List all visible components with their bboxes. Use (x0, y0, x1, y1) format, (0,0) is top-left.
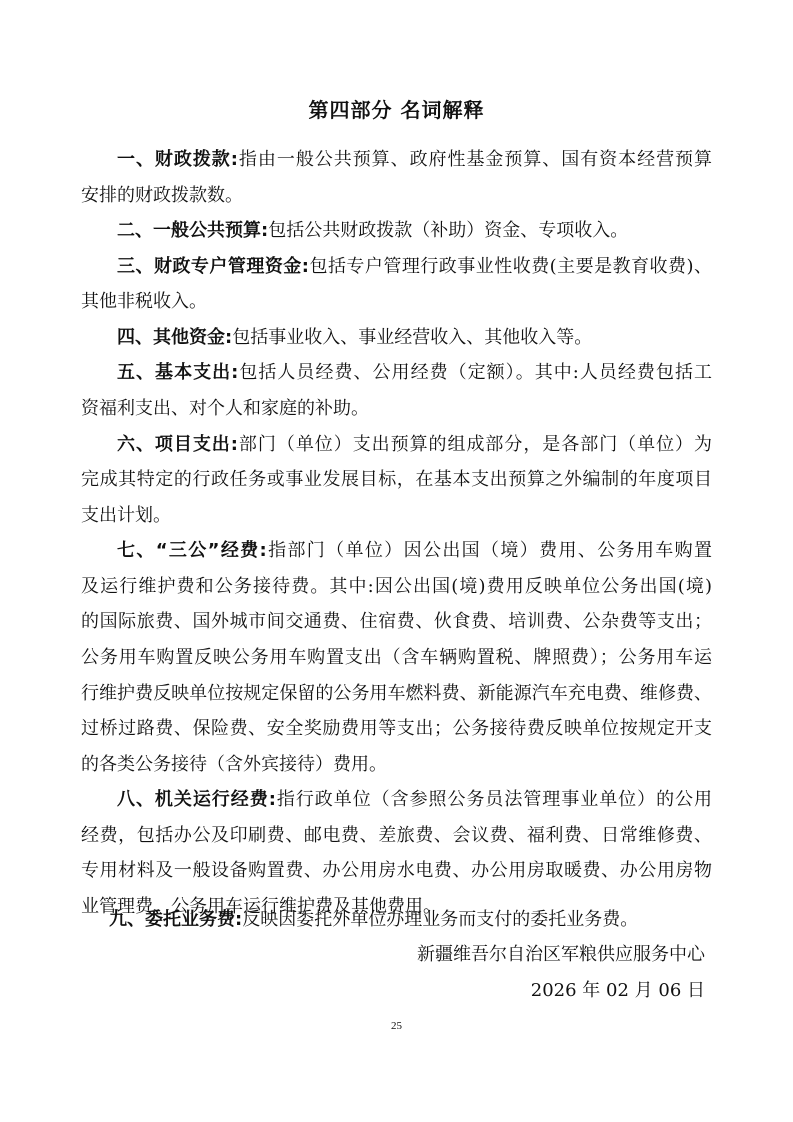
section-7-line-7: 的各类公务接待（含外宾接待）费用。 (81, 747, 712, 783)
term-3: 三、财政专户管理资金: (117, 256, 309, 277)
term-7: 七、“三公”经费: (117, 540, 267, 561)
term-8: 八、机关运行经费: (117, 789, 276, 810)
section-7-line-6: 过桥过路费、保险费、安全奖励费用等支出；公务接待费反映单位按规定开支 (81, 711, 712, 747)
signature-date: 2026 年 02 月 06 日 (531, 973, 705, 1009)
section-5-line-2: 资福利支出、对个人和家庭的补助。 (81, 391, 712, 427)
term-5: 五、基本支出: (117, 362, 238, 383)
section-1-line-1: 一、财政拨款:指由一般公共预算、政府性基金预算、国有资本经营预算 (117, 142, 712, 178)
section-7-line-5: 行维护费反映单位按规定保留的公务用车燃料费、新能源汽车充电费、维修费、 (81, 676, 712, 712)
page-title: 第四部分 名词解释 (0, 94, 793, 123)
document-page: 第四部分 名词解释 一、财政拨款:指由一般公共预算、政府性基金预算、国有资本经营… (0, 0, 793, 1122)
signature-organization: 新疆维吾尔自治区军粮供应服务中心 (417, 937, 705, 973)
section-7-line-2: 及运行维护费和公务接待费。其中:因公出国(境)费用反映单位公务出国(境) (81, 569, 712, 605)
section-6-line-3: 支出计划。 (81, 498, 712, 534)
section-3-line-2: 其他非税收入。 (81, 284, 712, 320)
section-7-line-1: 七、“三公”经费:指部门（单位）因公出国（境）费用、公务用车购置 (117, 533, 712, 569)
section-5-line-1: 五、基本支出:包括人员经费、公用经费（定额）。其中:人员经费包括工 (117, 355, 712, 391)
section-8-line-3: 专用材料及一般设备购置费、办公用房水电费、办公用房取暖费、办公用房物 (81, 853, 712, 889)
section-2-line-1: 二、一般公共预算:包括公共财政拨款（补助）资金、专项收入。 (117, 213, 712, 249)
term-2: 二、一般公共预算: (117, 220, 268, 241)
section-4-line-1: 四、其他资金:包括事业收入、事业经营收入、其他收入等。 (117, 320, 712, 356)
section-8-line-2: 经费，包括办公及印刷费、邮电费、差旅费、会议费、福利费、日常维修费、 (81, 818, 712, 854)
section-1-line-2: 安排的财政拨款数。 (81, 178, 712, 214)
section-6-line-2: 完成其特定的行政任务或事业发展目标，在基本支出预算之外编制的年度项目 (81, 462, 712, 498)
term-1: 一、财政拨款: (117, 149, 238, 170)
section-6-line-1: 六、项目支出:部门（单位）支出预算的组成部分，是各部门（单位）为 (117, 427, 712, 463)
section-9-line-1: 九、委托业务费:反映因委托外单位办理业务而支付的委托业务费。 (109, 902, 712, 938)
term-9: 九、委托业务费: (109, 909, 242, 930)
page-number: 25 (0, 1020, 793, 1032)
section-7-line-4: 公务用车购置反映公务用车购置支出（含车辆购置税、牌照费）；公务用车运 (81, 640, 712, 676)
term-6: 六、项目支出: (117, 434, 238, 455)
section-8-line-1: 八、机关运行经费:指行政单位（含参照公务员法管理事业单位）的公用 (117, 782, 712, 818)
term-4: 四、其他资金: (117, 327, 232, 348)
section-7-line-3: 的国际旅费、国外城市间交通费、住宿费、伙食费、培训费、公杂费等支出； (81, 604, 712, 640)
section-3-line-1: 三、财政专户管理资金:包括专户管理行政事业性收费(主要是教育收费)、 (117, 249, 712, 285)
